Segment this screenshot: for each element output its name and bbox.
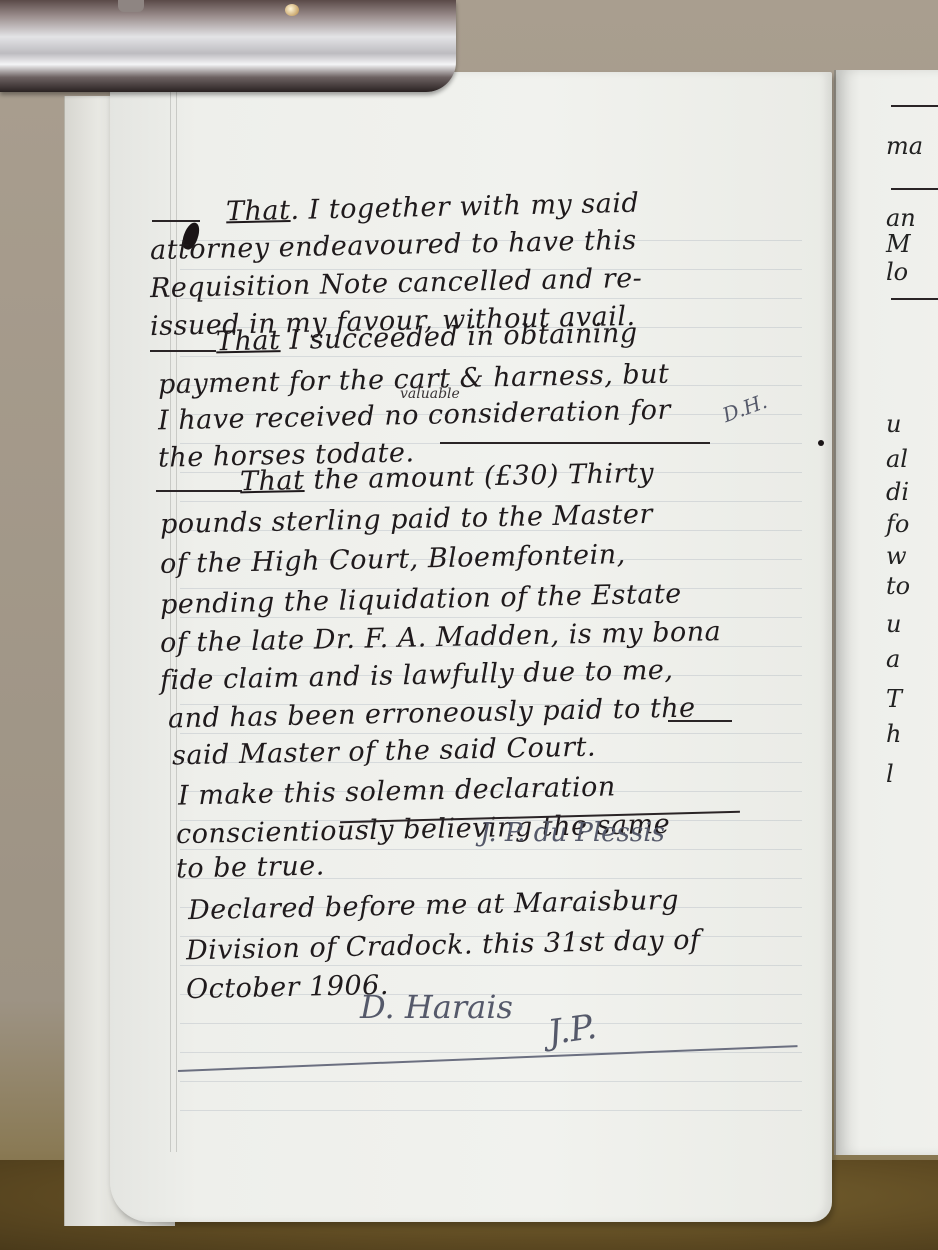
right-page-fragment: w bbox=[886, 542, 907, 570]
right-page-fragment: l bbox=[886, 760, 894, 788]
line-fill-rule bbox=[668, 720, 732, 722]
right-page-fragment: lo bbox=[886, 258, 908, 286]
clip-rivet bbox=[285, 4, 299, 16]
right-page-fragment: fo bbox=[886, 510, 909, 538]
official-title: J.P. bbox=[545, 1007, 599, 1053]
right-page-fragment: al bbox=[886, 445, 908, 473]
declarant-signature: J. P. du Plessis bbox=[480, 818, 665, 848]
right-page-fragment: di bbox=[886, 478, 909, 506]
paragraph-4-line-3: to be true. bbox=[176, 850, 325, 884]
right-page-fragment: M bbox=[886, 230, 911, 258]
paragraph-dash bbox=[156, 490, 242, 492]
right-page-fragment: h bbox=[886, 720, 901, 748]
paragraph-dash bbox=[150, 350, 216, 352]
line-fill-rule bbox=[440, 442, 710, 444]
clipboard-clip bbox=[0, 0, 456, 92]
right-page-fragment: a bbox=[886, 645, 900, 673]
right-page-fragment: to bbox=[886, 572, 910, 600]
right-page-fragment: ma bbox=[886, 132, 923, 160]
paragraph-lead: That bbox=[240, 465, 305, 497]
right-page-dash bbox=[891, 188, 938, 190]
right-page-fragment: T bbox=[886, 685, 902, 713]
paragraph-lead: That bbox=[216, 325, 281, 357]
right-page-fragment: u bbox=[886, 610, 901, 638]
paragraph-lead: That bbox=[226, 195, 291, 227]
binding-hole bbox=[818, 440, 824, 446]
right-page-fragment: u bbox=[886, 410, 901, 438]
attestation-line-3: October 1906. bbox=[186, 970, 390, 1005]
right-page-dash bbox=[891, 105, 938, 107]
right-page: ma an M lo u al di fo w to u a T h l bbox=[834, 70, 938, 1155]
clip-pin bbox=[118, 0, 144, 12]
official-signature: D. Harais bbox=[360, 988, 513, 1026]
right-page-fragment: an bbox=[886, 204, 916, 232]
right-page-dash bbox=[891, 298, 938, 300]
